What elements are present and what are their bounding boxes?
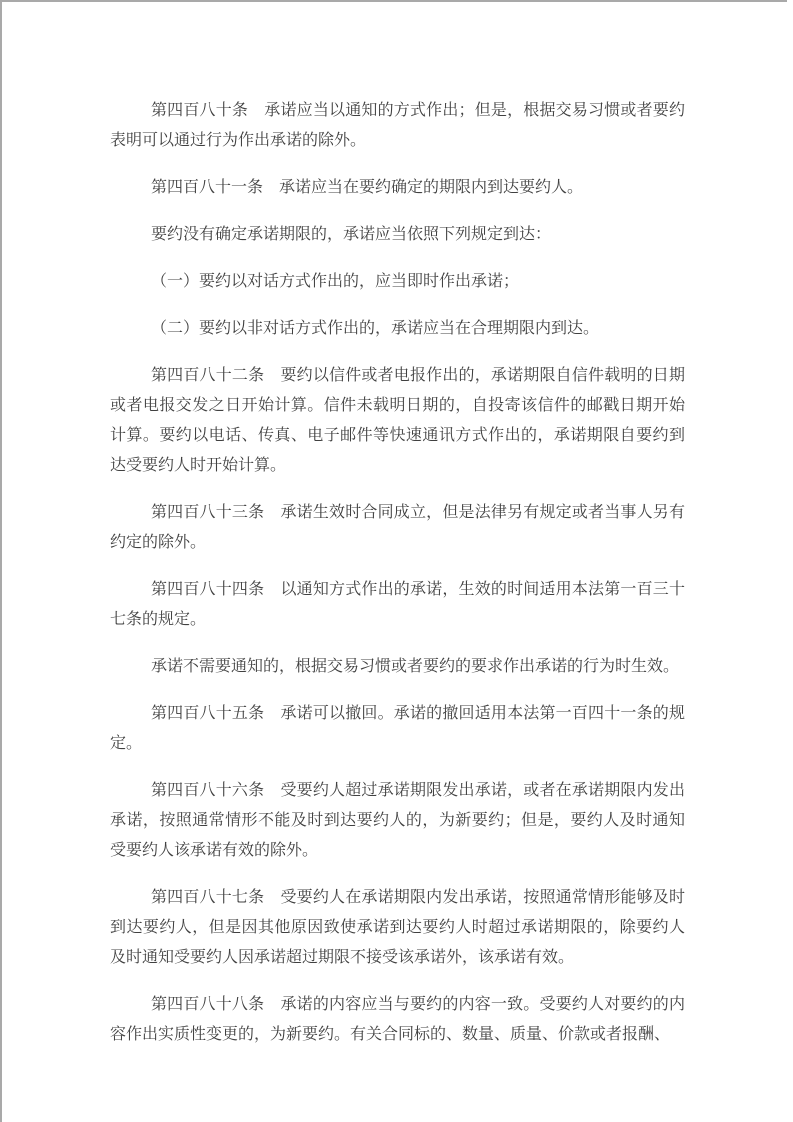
paragraph: （二）要约以非对话方式作出的，承诺应当在合理期限内到达。 [110,314,685,344]
paragraph: 第四百八十二条 要约以信件或者电报作出的，承诺期限自信件载明的日期或者电报交发之… [110,361,685,481]
paragraph: 第四百八十四条 以通知方式作出的承诺，生效的时间适用本法第一百三十七条的规定。 [110,575,685,635]
paragraph: 第四百八十一条 承诺应当在要约确定的期限内到达要约人。 [110,173,685,203]
document-page: 第四百八十条 承诺应当以通知的方式作出；但是，根据交易习惯或者要约表明可以通过行… [0,0,793,1122]
document-body: 第四百八十条 承诺应当以通知的方式作出；但是，根据交易习惯或者要约表明可以通过行… [110,0,685,1050]
paragraph: （一）要约以对话方式作出的，应当即时作出承诺； [110,267,685,297]
page-left-border [0,0,2,1122]
paragraph: 第四百八十七条 受要约人在承诺期限内发出承诺，按照通常情形能够及时到达要约人，但… [110,883,685,973]
paragraph: 第四百八十条 承诺应当以通知的方式作出；但是，根据交易习惯或者要约表明可以通过行… [110,96,685,156]
paragraph: 承诺不需要通知的，根据交易习惯或者要约的要求作出承诺的行为时生效。 [110,652,685,682]
paragraph: 第四百八十三条 承诺生效时合同成立，但是法律另有规定或者当事人另有约定的除外。 [110,498,685,558]
paragraph: 第四百八十八条 承诺的内容应当与要约的内容一致。受要约人对要约的内容作出实质性变… [110,990,685,1050]
paragraph: 要约没有确定承诺期限的，承诺应当依照下列规定到达： [110,220,685,250]
paragraph: 第四百八十五条 承诺可以撤回。承诺的撤回适用本法第一百四十一条的规定。 [110,699,685,759]
paragraph: 第四百八十六条 受要约人超过承诺期限发出承诺，或者在承诺期限内发出承诺，按照通常… [110,776,685,866]
